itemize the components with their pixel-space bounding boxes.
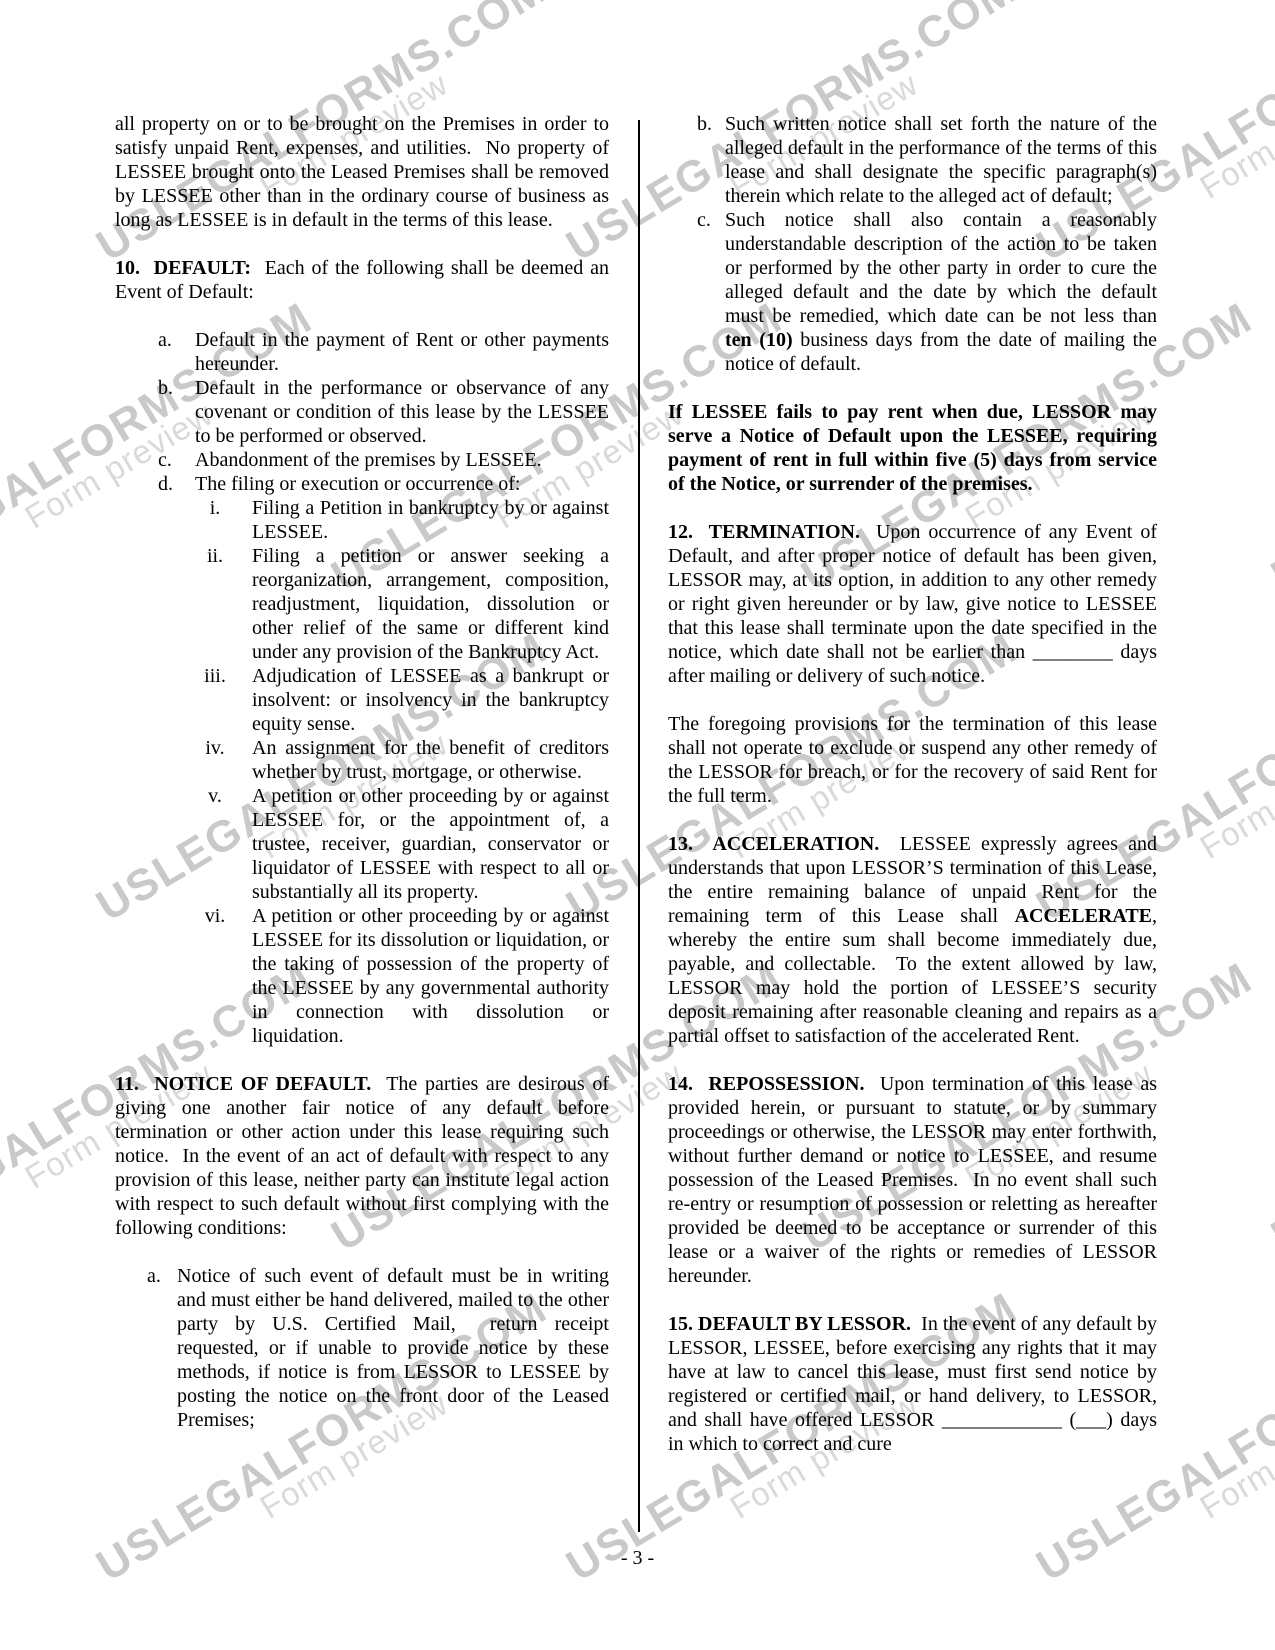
page-number: - 3 - xyxy=(0,1546,1275,1570)
bold-text-run: 10. DEFAULT: xyxy=(115,257,251,279)
text-run: A petition or other proceeding by or aga… xyxy=(252,905,609,1047)
text-run: Default in the performance or observance… xyxy=(195,377,609,447)
text-run: Such written notice shall set forth the … xyxy=(725,113,1157,207)
list-item-marker: b. xyxy=(158,376,173,400)
right-column: b.Such written notice shall set forth th… xyxy=(668,112,1157,1480)
text-run: all property on or to be brought on the … xyxy=(115,113,609,231)
list-item-marker: b. xyxy=(697,112,712,136)
text-run: Upon occurrence of any Event of Default,… xyxy=(668,521,1157,687)
paragraph: 11. NOTICE OF DEFAULT. The parties are d… xyxy=(115,1072,609,1240)
text-run: Filing a petition or answer seeking a re… xyxy=(252,545,609,663)
text-run: The filing or execution or occurrence of… xyxy=(195,473,520,495)
paragraph: If LESSEE fails to pay rent when due, LE… xyxy=(668,400,1157,496)
list-item-marker: v. xyxy=(193,784,237,808)
paragraph: 14. REPOSSESSION. Upon termination of th… xyxy=(668,1072,1157,1288)
bold-text-run: ACCELERATE xyxy=(1015,905,1152,927)
text-run: Such notice shall also contain a reasona… xyxy=(725,209,1157,327)
text-run: Adjudication of LESSEE as a bankrupt or … xyxy=(252,665,609,735)
text-run: The foregoing provisions for the termina… xyxy=(668,713,1157,807)
paragraph: The foregoing provisions for the termina… xyxy=(668,712,1157,808)
bold-text-run: If LESSEE fails to pay rent when due, LE… xyxy=(668,401,1157,495)
watermark-brand-text: USLEGALFORMS.COM xyxy=(1270,304,1275,590)
list-roman: i.Filing a Petition in bankruptcy by or … xyxy=(115,496,609,1048)
list-alpha-outer: a.Default in the payment of Rent or othe… xyxy=(115,328,609,496)
paragraph: 12. TERMINATION. Upon occurrence of any … xyxy=(668,520,1157,688)
list-item: b.Such written notice shall set forth th… xyxy=(668,112,1157,208)
list-item: a.Notice of such event of default must b… xyxy=(115,1264,609,1432)
bold-text-run: 15. DEFAULT BY LESSOR. xyxy=(668,1313,911,1335)
list-item-marker: vi. xyxy=(193,904,237,928)
bold-text-run: 14. REPOSSESSION. xyxy=(668,1073,865,1095)
list-item-marker: iv. xyxy=(193,736,237,760)
list-item: ii.Filing a petition or answer seeking a… xyxy=(115,544,609,664)
list-alpha-right: b.Such written notice shall set forth th… xyxy=(668,112,1157,376)
list-item-marker: c. xyxy=(158,448,172,472)
bold-text-run: ten (10) xyxy=(725,329,793,351)
list-alpha-notice: a.Notice of such event of default must b… xyxy=(115,1264,609,1432)
column-divider xyxy=(638,120,640,1532)
paragraph: 15. DEFAULT BY LESSOR. In the event of a… xyxy=(668,1312,1157,1456)
paragraph: all property on or to be brought on the … xyxy=(115,112,609,232)
paragraph: 13. ACCELERATION. LESSEE expressly agree… xyxy=(668,832,1157,1048)
list-item-marker: d. xyxy=(158,472,173,496)
list-item-marker: ii. xyxy=(193,544,237,568)
list-item: iii.Adjudication of LESSEE as a bankrupt… xyxy=(115,664,609,736)
text-run: Upon termination of this lease as provid… xyxy=(668,1073,1157,1287)
list-item: i.Filing a Petition in bankruptcy by or … xyxy=(115,496,609,544)
text-run: Filing a Petition in bankruptcy by or ag… xyxy=(252,497,609,543)
text-run: An assignment for the benefit of credito… xyxy=(252,737,609,783)
list-item: v.A petition or other proceeding by or a… xyxy=(115,784,609,904)
text-run: Abandonment of the premises by LESSEE. xyxy=(195,449,542,471)
list-item-marker: a. xyxy=(147,1264,161,1288)
list-item: a.Default in the payment of Rent or othe… xyxy=(115,328,609,376)
text-run: Default in the payment of Rent or other … xyxy=(195,329,609,375)
list-item-marker: c. xyxy=(697,208,711,232)
list-item-marker: i. xyxy=(193,496,237,520)
list-item: vi.A petition or other proceeding by or … xyxy=(115,904,609,1048)
list-item-marker: a. xyxy=(158,328,172,352)
paragraph: 10. DEFAULT: Each of the following shall… xyxy=(115,256,609,304)
document-page: USLEGALFORMS.COMForm previewUSLEGALFORMS… xyxy=(0,0,1275,1650)
bold-text-run: 13. ACCELERATION. xyxy=(668,833,879,855)
bold-text-run: 11. NOTICE OF DEFAULT. xyxy=(115,1073,371,1095)
list-item: b.Default in the performance or observan… xyxy=(115,376,609,448)
text-run: Notice of such event of default must be … xyxy=(177,1265,609,1431)
list-item-marker: iii. xyxy=(193,664,237,688)
text-run: The parties are desirous of giving one a… xyxy=(115,1073,609,1239)
list-item: d.The filing or execution or occurrence … xyxy=(115,472,609,496)
list-item: c.Such notice shall also contain a reaso… xyxy=(668,208,1157,376)
left-column: all property on or to be brought on the … xyxy=(115,112,609,1456)
bold-text-run: 12. TERMINATION. xyxy=(668,521,860,543)
watermark-brand-text: USLEGALFORMS.COM xyxy=(1270,964,1275,1250)
list-item: iv.An assignment for the benefit of cred… xyxy=(115,736,609,784)
list-item: c.Abandonment of the premises by LESSEE. xyxy=(115,448,609,472)
text-run: A petition or other proceeding by or aga… xyxy=(252,785,609,903)
